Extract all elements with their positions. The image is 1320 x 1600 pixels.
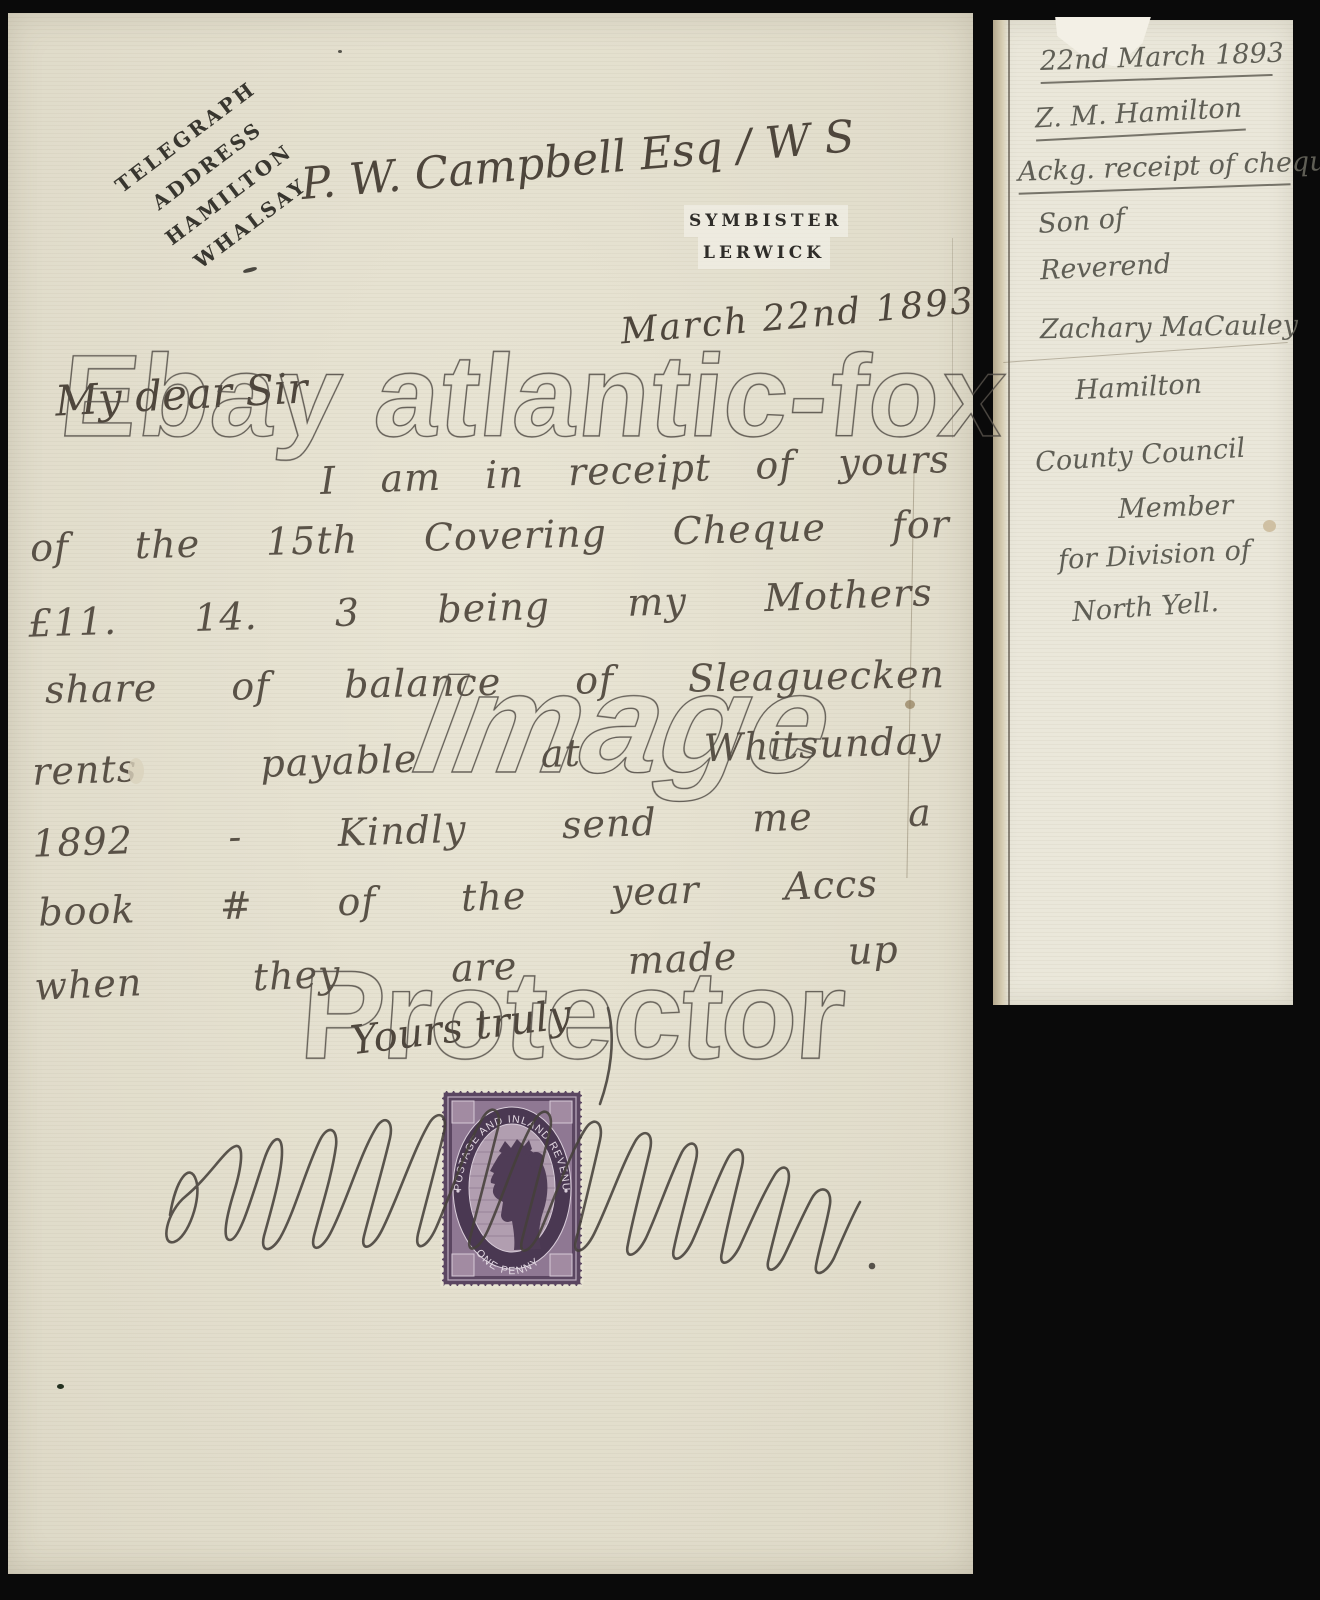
letter-body-line: I am in receipt of yours <box>319 437 950 503</box>
letter-body-line: book # of the year Accs <box>37 861 878 934</box>
docket-line: Z. M. Hamilton <box>1034 93 1246 142</box>
salutation: My dear Sir <box>54 363 309 425</box>
stain-speck <box>338 50 342 53</box>
paper-crease <box>952 238 953 438</box>
letter-body-line: 1892 - Kindly send me a <box>32 790 933 865</box>
letter-body-line: share of balance of Sleaguecken <box>45 652 946 712</box>
docket-line: Member <box>1117 490 1233 525</box>
letter-date: March 22nd 1893 <box>619 281 977 353</box>
book-spine-line <box>1008 20 1010 1005</box>
stain-speck <box>57 1384 64 1389</box>
docket-line: Ackg. receipt of cheque <box>1017 147 1290 194</box>
letter-body-line: £11. 14. 3 being my Mothers <box>28 570 934 646</box>
docket-line: 22nd March 1893 <box>1039 38 1272 84</box>
letter-body-line: of the 15th Covering Cheque for <box>30 502 951 570</box>
docket-page: 22nd March 1893 Z. M. Hamilton Ackg. rec… <box>993 20 1293 1005</box>
scanned-photo: TELEGRAPH ADDRESS HAMILTON WHALSAY SYMBI… <box>0 0 1320 1600</box>
docket-line: North Yell. <box>1071 587 1220 628</box>
printed-address-line-2: LERWICK <box>698 237 830 269</box>
docket-line: Hamilton <box>1074 369 1202 407</box>
stain-speck <box>128 758 144 784</box>
addressee-line: P. W. Campbell Esq / W S <box>299 111 857 210</box>
docket-line: Reverend <box>1039 249 1172 287</box>
book-spine-edge <box>993 20 1008 1005</box>
docket-line: Zachary MaCauley <box>1040 310 1298 345</box>
paper-crease <box>1003 342 1287 363</box>
stain-speck <box>243 266 258 273</box>
letter-page: TELEGRAPH ADDRESS HAMILTON WHALSAY SYMBI… <box>8 13 973 1574</box>
stain-speck <box>905 700 915 709</box>
docket-line: County Council <box>1034 433 1246 479</box>
docket-line: Son of <box>1037 203 1126 240</box>
stain-speck <box>1263 520 1276 532</box>
printed-address: SYMBISTER LERWICK <box>684 205 844 269</box>
printed-address-line-1: SYMBISTER <box>684 205 848 237</box>
letter-body-line: rents payable at Whitsunday <box>32 718 943 794</box>
signature-scrawl <box>130 1000 890 1310</box>
docket-line: for Division of <box>1057 535 1251 576</box>
letter-body-line: when they are made up <box>33 927 899 1009</box>
